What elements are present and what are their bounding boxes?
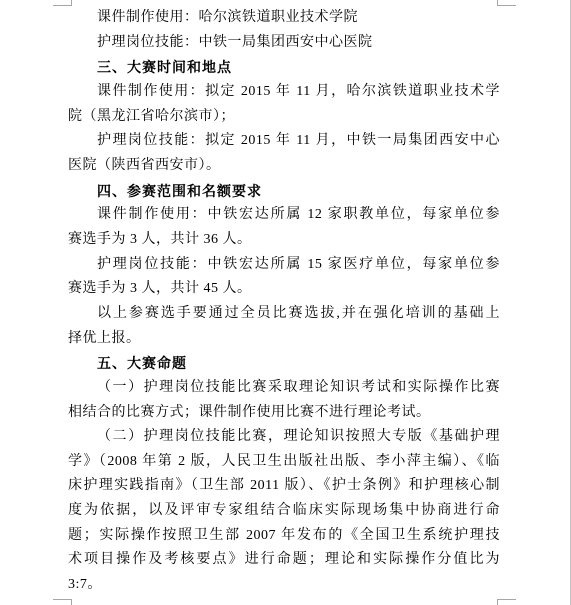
text-line: 赛选手为 3 人，共计 45 人。 bbox=[68, 277, 500, 302]
text-line: 术项目操作及考核要点》进行命题；理论和实际操作分值比为 bbox=[68, 548, 500, 573]
text-line: 院（黑龙江省哈尔滨市）； bbox=[68, 105, 500, 130]
text-line: 相结合的比赛方式；课件制作使用比赛不进行理论考试。 bbox=[68, 401, 500, 426]
text-line: 择优上报。 bbox=[68, 327, 500, 352]
text-line: 护理岗位技能：中铁一局集团西安中心医院 bbox=[68, 31, 500, 56]
text-line: 护理岗位技能：中铁宏达所属 15 家医疗单位，每家单位参 bbox=[68, 253, 500, 278]
text-line: 课件制作使用：拟定 2015 年 11 月，哈尔滨铁道职业技术学 bbox=[68, 80, 500, 105]
text-line: 三、大赛时间和地点 bbox=[68, 55, 500, 80]
text-line: 医院（陕西省西安市）。 bbox=[68, 154, 500, 179]
text-line: 学》（2008 年第 2 版，人民卫生出版社出版、李小萍主编）、《临 bbox=[68, 450, 500, 475]
text-line: 护理岗位技能：拟定 2015 年 11 月，中铁一局集团西安中心 bbox=[68, 129, 500, 154]
text-line: （二）护理岗位技能比赛，理论知识按照大专版《基础护理 bbox=[68, 425, 500, 450]
text-line: 度为依据，以及评审专家组结合临床实际现场集中协商进行命 bbox=[68, 499, 500, 524]
text-line: 床护理实践指南》（卫生部 2011 版）、《护士条例》和护理核心制 bbox=[68, 474, 500, 499]
text-line: 以上参赛选手要通过全员比赛选拔,并在强化培训的基础上 bbox=[68, 302, 500, 327]
document-page: 课件制作使用：哈尔滨铁道职业技术学院护理岗位技能：中铁一局集团西安中心医院三、大… bbox=[0, 0, 571, 605]
text-line: 3:7。 bbox=[68, 573, 500, 598]
text-line: （一）护理岗位技能比赛采取理论知识考试和实际操作比赛 bbox=[68, 376, 500, 401]
page-corner-mark-bottom-left-icon bbox=[53, 599, 72, 605]
text-line: 题；实际操作按照卫生部 2007 年发布的《全国卫生系统护理技 bbox=[68, 524, 500, 549]
text-line: 课件制作使用：中铁宏达所属 12 家职教单位，每家单位参 bbox=[68, 203, 500, 228]
text-line: 四、参赛范围和名额要求 bbox=[68, 179, 500, 204]
page-corner-mark-bottom-right-icon bbox=[497, 599, 516, 605]
text-line: 课件制作使用：哈尔滨铁道职业技术学院 bbox=[68, 6, 500, 31]
text-line: 五、大赛命题 bbox=[68, 351, 500, 376]
document-text: 课件制作使用：哈尔滨铁道职业技术学院护理岗位技能：中铁一局集团西安中心医院三、大… bbox=[68, 6, 500, 598]
text-line: 赛选手为 3 人，共计 36 人。 bbox=[68, 228, 500, 253]
